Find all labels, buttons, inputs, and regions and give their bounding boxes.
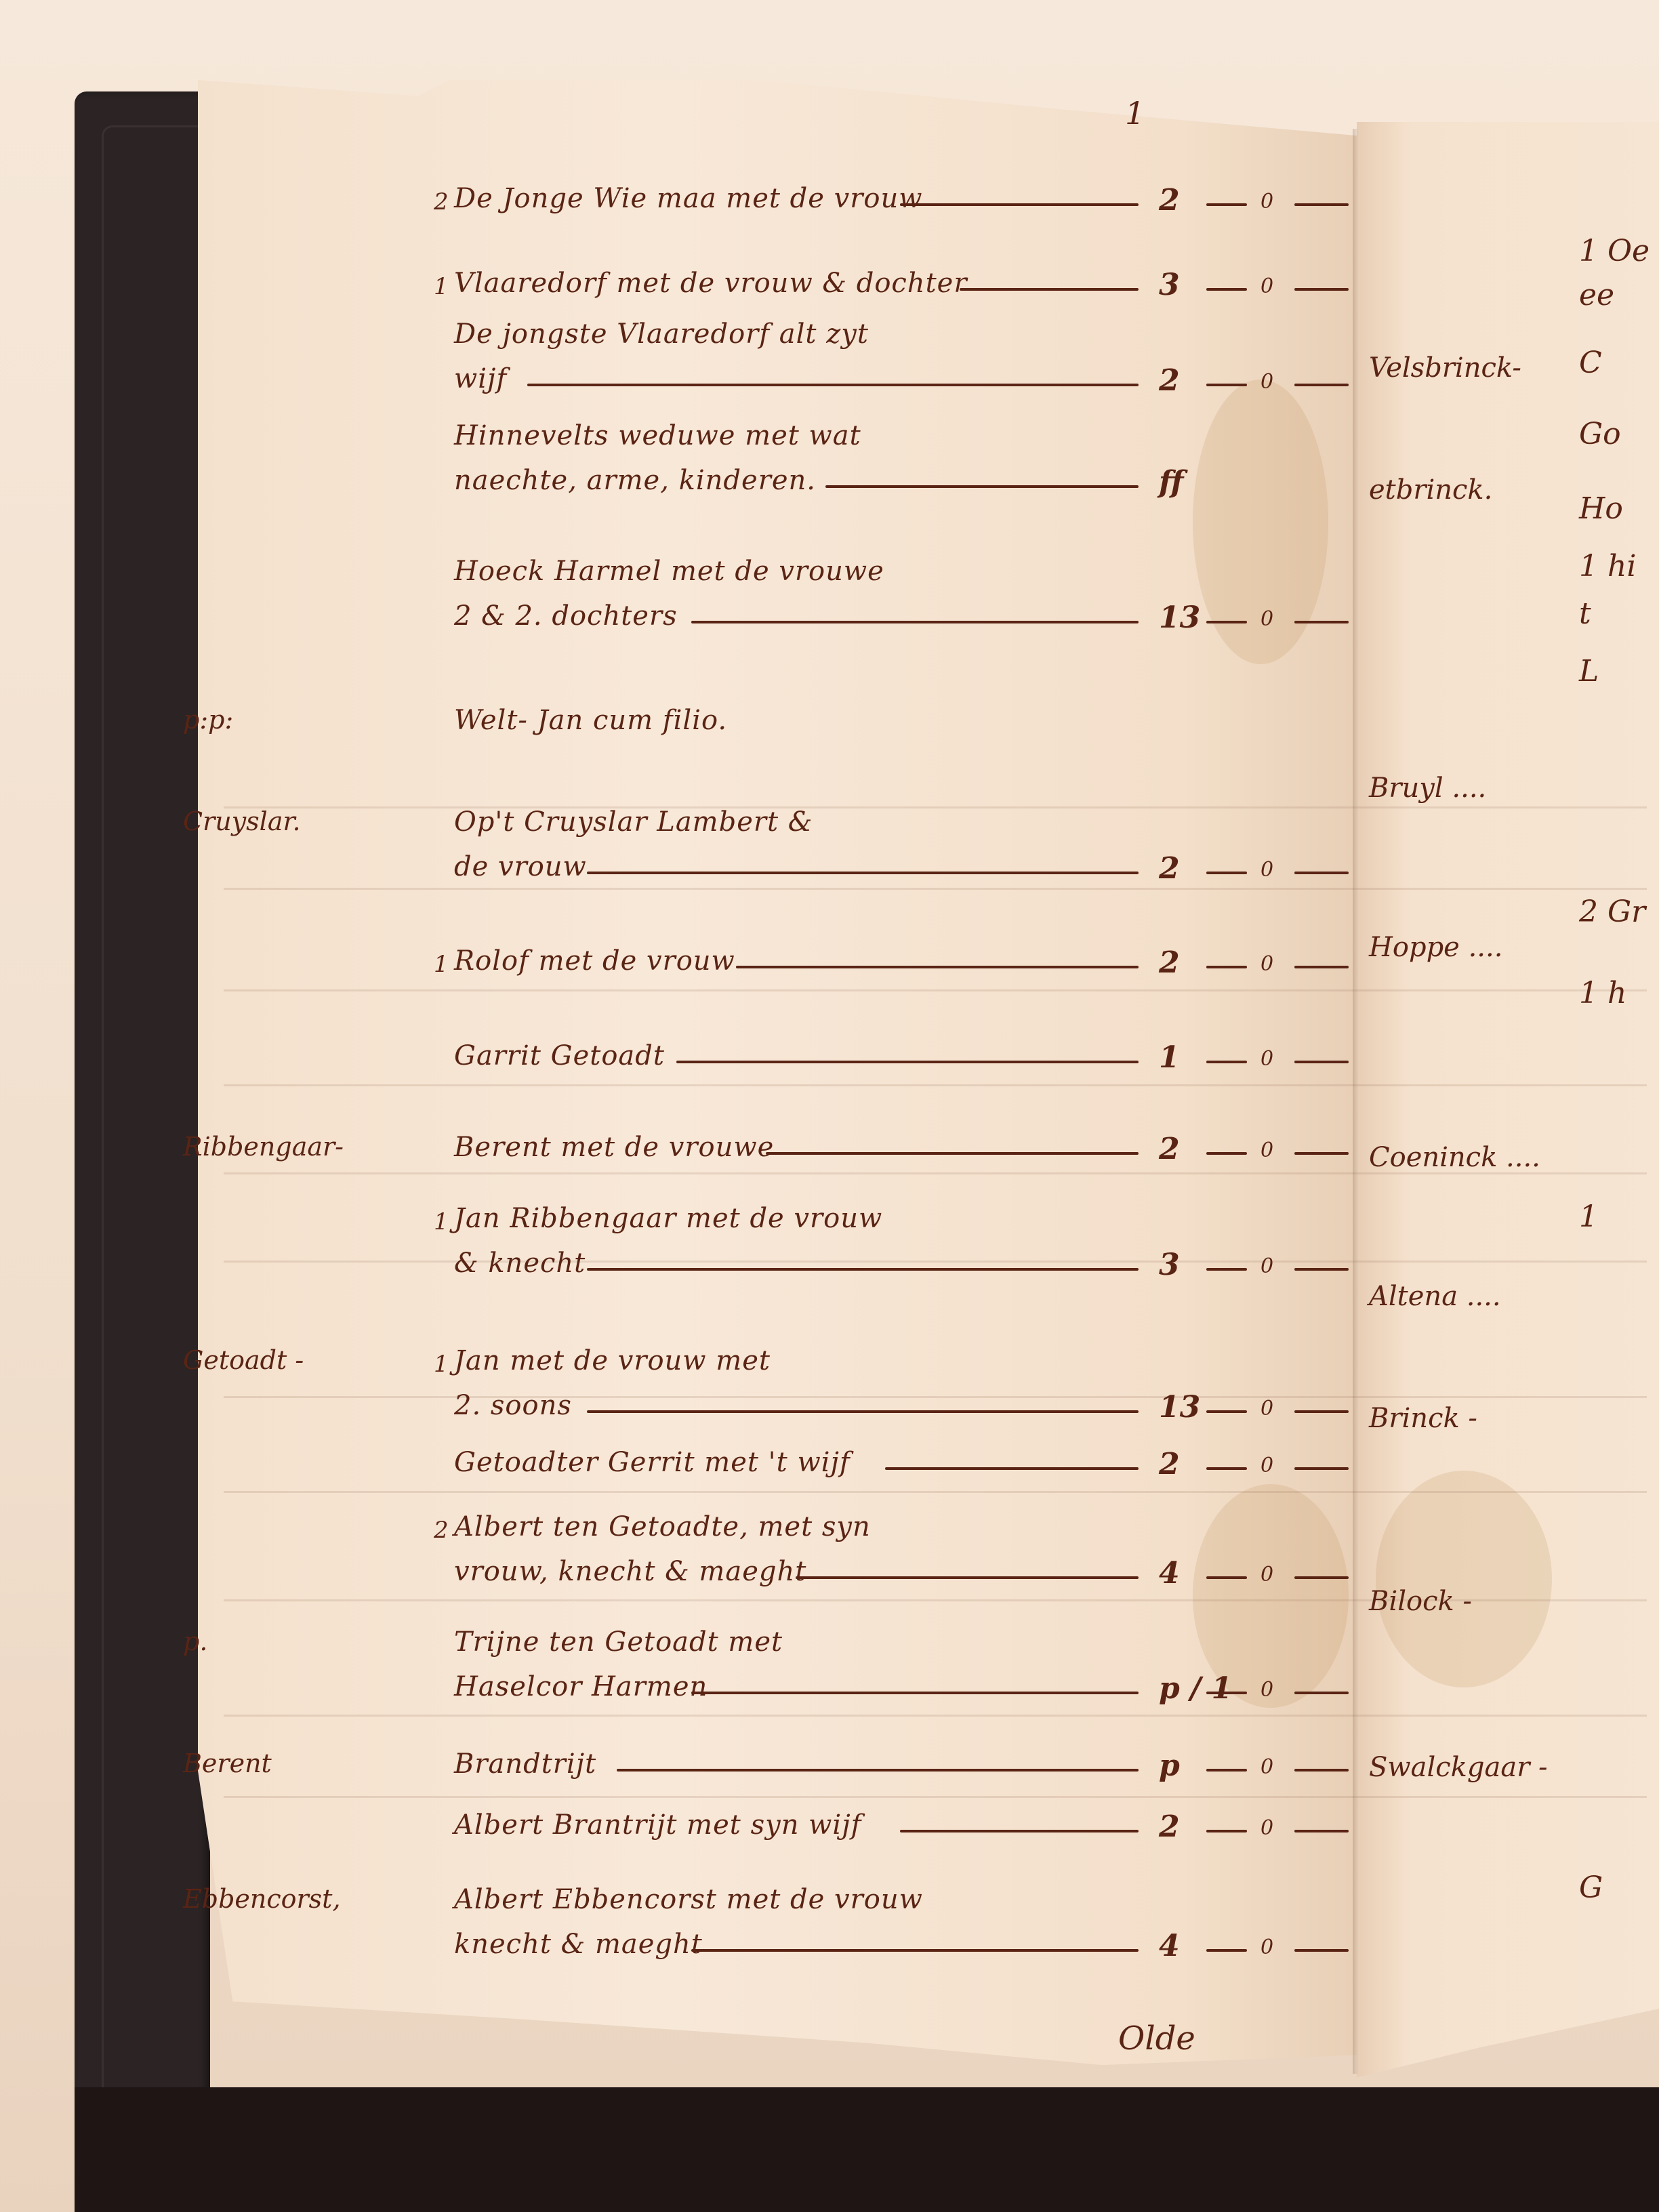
entry-zero-column: 0 xyxy=(1261,1563,1273,1586)
right-edge-text-fragment: 1 xyxy=(1579,1200,1598,1234)
ruled-dash xyxy=(691,621,1139,623)
entry-count: 2 xyxy=(1159,945,1180,980)
entry-zero-column: 0 xyxy=(1261,1816,1273,1840)
entry-text-line: & knecht xyxy=(454,1248,586,1279)
page-fold xyxy=(1353,129,1359,2074)
ruled-dash xyxy=(1294,872,1349,874)
right-margin-place-name: etbrinck. xyxy=(1369,474,1492,506)
dark-underlay xyxy=(75,2087,1659,2212)
entry-count: 4 xyxy=(1159,1556,1180,1591)
faint-ruling-line xyxy=(224,888,1647,890)
ruled-dash xyxy=(1206,966,1247,968)
right-edge-text-fragment: ee xyxy=(1579,278,1614,312)
right-margin-place-name: Brinck - xyxy=(1369,1403,1477,1434)
ruled-dash xyxy=(1294,1692,1349,1694)
faint-ruling-line xyxy=(224,989,1647,991)
faint-ruling-line xyxy=(224,1715,1647,1717)
entry-text-line: Albert ten Getoadte, met syn xyxy=(454,1511,871,1542)
entry-text-line: Jan met de vrouw met xyxy=(454,1345,771,1376)
entry-zero-column: 0 xyxy=(1261,1254,1273,1278)
entry-count: 2 xyxy=(1159,183,1180,218)
ruled-dash xyxy=(1206,203,1247,206)
margin-place-name: p:p: xyxy=(183,705,233,735)
entry-count: 2 xyxy=(1159,1447,1180,1481)
entry-count: 3 xyxy=(1159,1248,1180,1282)
entry-zero-column: 0 xyxy=(1261,1454,1273,1477)
entry-count: p / 1 xyxy=(1159,1671,1232,1706)
folio-mark: 1 xyxy=(1125,95,1145,131)
entry-count: p xyxy=(1159,1748,1180,1783)
right-edge-text-fragment: t xyxy=(1579,596,1591,631)
ruled-dash xyxy=(1294,203,1349,206)
ruled-dash xyxy=(617,1769,1139,1771)
ruled-dash xyxy=(587,1410,1139,1413)
entry-zero-column: 0 xyxy=(1261,1047,1273,1071)
entry-prefix-number: 1 xyxy=(434,951,449,978)
faint-ruling-line xyxy=(224,1491,1647,1493)
ruled-dash xyxy=(587,872,1139,874)
margin-place-name: Ebbencorst, xyxy=(183,1884,341,1914)
ruled-dash xyxy=(1206,288,1247,291)
entry-text-line: Vlaaredorf met de vrouw & dochter xyxy=(454,268,967,299)
right-edge-text-fragment: Ho xyxy=(1579,491,1623,526)
entry-text-line: Albert Ebbencorst met de vrouw xyxy=(454,1884,923,1915)
ruled-dash xyxy=(1294,621,1349,623)
right-edge-text-fragment: 1 hi xyxy=(1579,549,1636,583)
right-edge-text-fragment: 1 Oe xyxy=(1579,234,1650,268)
entry-zero-column: 0 xyxy=(1261,1935,1273,1959)
entry-text-line: vrouw, knecht & maeght xyxy=(454,1556,806,1587)
ruled-dash xyxy=(1206,1576,1247,1579)
entry-text-line: Trijne ten Getoadt met xyxy=(454,1626,783,1658)
entry-zero-column: 0 xyxy=(1261,952,1273,976)
ruled-dash xyxy=(1294,966,1349,968)
ruled-dash xyxy=(1294,1949,1349,1952)
entry-text-line: Jan Ribbengaar met de vrouw xyxy=(454,1203,882,1234)
entry-prefix-number: 1 xyxy=(434,273,449,300)
entry-text-line: De jongste Vlaaredorf alt zyt xyxy=(454,319,869,350)
right-margin-place-name: Coeninck .... xyxy=(1369,1142,1540,1173)
right-margin-place-name: Swalckgaar - xyxy=(1369,1752,1548,1783)
ruled-dash xyxy=(1206,1692,1247,1694)
entry-text-line: Getoadter Gerrit met 't wijf xyxy=(454,1447,851,1478)
faint-ruling-line xyxy=(224,806,1647,808)
ruled-dash xyxy=(587,1268,1139,1271)
right-edge-text-fragment: L xyxy=(1579,654,1599,689)
entry-text-line: Berent met de vrouwe xyxy=(454,1132,774,1163)
ruled-dash xyxy=(1206,1268,1247,1271)
entry-zero-column: 0 xyxy=(1261,370,1273,394)
entry-count: 4 xyxy=(1159,1929,1180,1963)
signature: Olde xyxy=(1118,2020,1195,2057)
ruled-dash xyxy=(900,203,1139,206)
right-edge-text-fragment: Go xyxy=(1579,417,1621,451)
ruled-dash xyxy=(1206,621,1247,623)
ruled-dash xyxy=(691,1692,1139,1694)
ruled-dash xyxy=(1206,1410,1247,1413)
faint-ruling-line xyxy=(224,1396,1647,1398)
entry-text-line: Albert Brantrijt met syn wijf xyxy=(454,1809,861,1841)
entry-prefix-number: 2 xyxy=(434,1517,449,1544)
ruled-dash xyxy=(1206,1152,1247,1155)
entry-zero-column: 0 xyxy=(1261,190,1273,213)
ruled-dash xyxy=(796,1576,1139,1579)
entry-zero-column: 0 xyxy=(1261,858,1273,882)
entry-count: 2 xyxy=(1159,363,1180,398)
ruled-dash xyxy=(825,485,1139,488)
margin-place-name: p. xyxy=(183,1626,207,1656)
entry-prefix-number: 1 xyxy=(434,1351,449,1378)
entry-text-line: naechte, arme, kinderen. xyxy=(454,465,816,496)
ruled-dash xyxy=(1206,384,1247,386)
ruled-dash xyxy=(736,966,1139,968)
right-margin-place-name: Velsbrinck- xyxy=(1369,352,1521,384)
ruled-dash xyxy=(1206,1061,1247,1063)
entry-count: ff xyxy=(1159,465,1183,499)
entry-prefix-number: 2 xyxy=(434,188,449,216)
entry-zero-column: 0 xyxy=(1261,1139,1273,1162)
ruled-dash xyxy=(1206,872,1247,874)
ruled-dash xyxy=(1294,1576,1349,1579)
ruled-dash xyxy=(1206,1949,1247,1952)
ruled-dash xyxy=(527,384,1139,386)
entry-zero-column: 0 xyxy=(1261,1678,1273,1702)
entry-zero-column: 0 xyxy=(1261,1755,1273,1779)
right-edge-text-fragment: G xyxy=(1579,1870,1603,1905)
entry-text-line: Garrit Getoadt xyxy=(454,1040,665,1071)
ruled-dash xyxy=(1294,384,1349,386)
entry-prefix-number: 1 xyxy=(434,1208,449,1235)
entry-text-line: Hoeck Harmel met de vrouwe xyxy=(454,556,884,587)
ruled-dash xyxy=(1206,1830,1247,1832)
entry-zero-column: 0 xyxy=(1261,1397,1273,1420)
right-margin-place-name: Hoppe .... xyxy=(1369,932,1502,963)
margin-place-name: Cruyslar. xyxy=(183,806,301,836)
ruled-dash xyxy=(885,1467,1139,1470)
entry-count: 13 xyxy=(1159,1390,1200,1425)
ruled-dash xyxy=(900,1830,1139,1832)
ruled-dash xyxy=(676,1061,1139,1063)
entry-count: 2 xyxy=(1159,1809,1180,1844)
entry-zero-column: 0 xyxy=(1261,607,1273,631)
entry-text-line: Hinnevelts weduwe met wat xyxy=(454,420,861,451)
water-stain xyxy=(1376,1471,1552,1687)
ruled-dash xyxy=(766,1152,1139,1155)
entry-text-line: De Jonge Wie maa met de vrouw xyxy=(454,183,922,214)
entry-text-line: 2 & 2. dochters xyxy=(454,600,678,632)
entry-text-line: de vrouw xyxy=(454,851,587,882)
faint-ruling-line xyxy=(224,1796,1647,1798)
ruled-dash xyxy=(1294,1061,1349,1063)
faint-ruling-line xyxy=(224,1084,1647,1086)
ruled-dash xyxy=(1294,1410,1349,1413)
right-margin-place-name: Bilock - xyxy=(1369,1586,1472,1617)
margin-place-name: Berent xyxy=(183,1748,272,1778)
entry-text-line: wijf xyxy=(454,363,507,394)
entry-count: 2 xyxy=(1159,1132,1180,1166)
ruled-dash xyxy=(1294,1467,1349,1470)
entry-text-line: Haselcor Harmen xyxy=(454,1671,708,1702)
margin-place-name: Getoadt - xyxy=(183,1345,304,1375)
right-margin-place-name: Altena .... xyxy=(1369,1281,1501,1312)
ruled-dash xyxy=(1206,1769,1247,1771)
entry-text-line: Op't Cruyslar Lambert & xyxy=(454,806,813,838)
entry-text-line: 2. soons xyxy=(454,1390,572,1421)
entry-count: 2 xyxy=(1159,851,1180,886)
ruled-dash xyxy=(1294,1268,1349,1271)
margin-place-name: Ribbengaar- xyxy=(183,1132,344,1162)
right-margin-place-name: Bruyl .... xyxy=(1369,773,1486,804)
ruled-dash xyxy=(960,288,1139,291)
entry-text-line: knecht & maeght xyxy=(454,1929,703,1960)
ruled-dash xyxy=(1206,1467,1247,1470)
faint-ruling-line xyxy=(224,1261,1647,1263)
ruled-dash xyxy=(1294,1769,1349,1771)
entry-text-line: Brandtrijt xyxy=(454,1748,596,1780)
right-edge-text-fragment: 2 Gr xyxy=(1579,895,1645,929)
entry-text-line: Rolof met de vrouw xyxy=(454,945,735,977)
entry-zero-column: 0 xyxy=(1261,274,1273,298)
entry-text-line: Welt- Jan cum filio. xyxy=(454,705,727,736)
ruled-dash xyxy=(1294,1152,1349,1155)
entry-count: 1 xyxy=(1159,1040,1180,1075)
entry-count: 13 xyxy=(1159,600,1200,635)
right-edge-text-fragment: 1 h xyxy=(1579,976,1626,1010)
ruled-dash xyxy=(1294,288,1349,291)
ruled-dash xyxy=(1294,1830,1349,1832)
entry-count: 3 xyxy=(1159,268,1180,302)
ruled-dash xyxy=(691,1949,1139,1952)
right-edge-text-fragment: C xyxy=(1579,346,1602,380)
